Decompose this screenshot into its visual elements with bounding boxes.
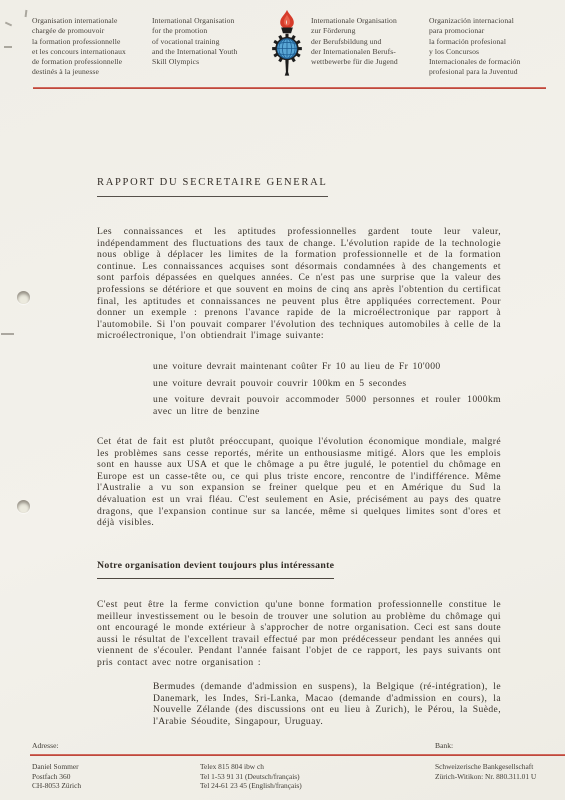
footer-line: CH-8053 Zürich xyxy=(32,781,81,791)
footer-line: Daniel Sommer xyxy=(32,762,81,772)
scan-artifact xyxy=(1,333,14,335)
letterhead-line: la formation professionnelle xyxy=(32,37,157,47)
countries-list: Bermudes (demande d'admission en suspens… xyxy=(153,681,501,727)
scan-artifact xyxy=(25,10,28,17)
car-examples-list: une voiture devrait maintenant coûter Fr… xyxy=(153,361,501,422)
list-item: une voiture devrait pouvoir couvrir 100k… xyxy=(153,378,501,390)
footer-bank: Schweizerische Bankgesellschaft Zürich-W… xyxy=(435,762,536,781)
letterhead-line: Skill Olympics xyxy=(152,57,260,67)
scanned-report-page: Organisation internationale chargée de p… xyxy=(0,0,565,800)
footer-line: Tel 1-53 91 31 (Deutsch/français) xyxy=(200,772,302,782)
letterhead-spanish: Organización internacional para promocio… xyxy=(429,16,551,78)
letterhead-english: International Organisation for the promo… xyxy=(152,16,260,67)
letterhead-line: chargée de promouvoir xyxy=(32,26,157,36)
list-item: une voiture devrait pouvoir accommoder 5… xyxy=(153,394,501,417)
footer-line: Postfach 360 xyxy=(32,772,81,782)
letterhead-line: para promocionar xyxy=(429,26,551,36)
footer-line: Tel 24-61 23 45 (English/français) xyxy=(200,781,302,791)
letterhead-line: Organización internacional xyxy=(429,16,551,26)
header-rule xyxy=(33,87,546,89)
bank-label: Bank: xyxy=(435,741,453,750)
letterhead-line: destinés à la jeunesse xyxy=(32,67,157,77)
letterhead-line: International Organisation xyxy=(152,16,260,26)
page-title: RAPPORT DU SECRETAIRE GENERAL xyxy=(97,177,328,197)
torch-globe-gear-logo-icon xyxy=(269,7,305,83)
letterhead-line: wettbewerbe für die Jugend xyxy=(311,57,429,67)
letterhead-line: et les concours internationaux xyxy=(32,47,157,57)
letterhead-line: y los Concursos xyxy=(429,47,551,57)
letterhead-line: for the promotion xyxy=(152,26,260,36)
punch-hole xyxy=(17,500,30,513)
letterhead-line: la formación profesional xyxy=(429,37,551,47)
address-label: Adresse: xyxy=(32,741,59,750)
letterhead-line: der Berufsbildung und xyxy=(311,37,429,47)
footer-line: Zürich-Witikon: Nr. 880.311.01 U xyxy=(435,772,536,782)
letterhead-line: and the International Youth xyxy=(152,47,260,57)
scan-artifact xyxy=(4,46,12,48)
footer-contact: Telex 815 804 ibw ch Tel 1-53 91 31 (Deu… xyxy=(200,762,302,791)
letterhead-line: de formation professionnelle xyxy=(32,57,157,67)
letterhead-line: Organisation internationale xyxy=(32,16,157,26)
letterhead-line: of vocational training xyxy=(152,37,260,47)
punch-hole xyxy=(17,291,30,304)
letterhead-line: Internationale Organisation xyxy=(311,16,429,26)
letterhead-line: Internacionales de formación xyxy=(429,57,551,67)
list-item: une voiture devrait maintenant coûter Fr… xyxy=(153,361,501,373)
letterhead-line: der Internationalen Berufs- xyxy=(311,47,429,57)
section-heading: Notre organisation devient toujours plus… xyxy=(97,560,334,579)
intro-paragraph: Les connaissances et les aptitudes profe… xyxy=(97,226,501,342)
letterhead-german: Internationale Organisation zur Förderun… xyxy=(311,16,429,67)
footer-address: Daniel Sommer Postfach 360 CH-8053 Züric… xyxy=(32,762,81,791)
scan-artifact xyxy=(5,22,12,27)
letterhead-french: Organisation internationale chargée de p… xyxy=(32,16,157,78)
economy-paragraph: Cet état de fait est plutôt préoccupant,… xyxy=(97,436,501,529)
footer-rule xyxy=(30,754,565,756)
footer-line: Telex 815 804 ibw ch xyxy=(200,762,302,772)
letterhead-line: profesional para la Juventud xyxy=(429,67,551,77)
letterhead-line: zur Förderung xyxy=(311,26,429,36)
organisation-paragraph: C'est peut être la ferme conviction qu'u… xyxy=(97,599,501,669)
footer-line: Schweizerische Bankgesellschaft xyxy=(435,762,536,772)
